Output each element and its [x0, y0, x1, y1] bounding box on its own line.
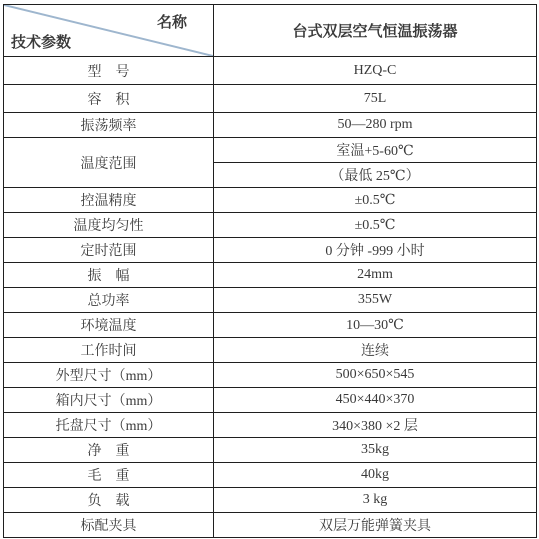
row-label-standard-fixture: 标配夹具: [4, 513, 214, 538]
table-row: 净 重 35kg: [4, 438, 537, 463]
row-value-volume: 75L: [214, 85, 537, 113]
row-label-working-time: 工作时间: [4, 338, 214, 363]
product-name-cell: 台式双层空气恒温振荡器: [214, 5, 537, 57]
row-label-amplitude: 振 幅: [4, 263, 214, 288]
spec-table: 名称 技术参数 台式双层空气恒温振荡器 型 号 HZQ-C 容 积 75L 振荡…: [3, 4, 537, 538]
row-label-temp-accuracy: 控温精度: [4, 188, 214, 213]
row-label-net-weight: 净 重: [4, 438, 214, 463]
row-label-load: 负 载: [4, 488, 214, 513]
row-value-temp-range-2: （最低 25℃）: [214, 163, 537, 188]
row-label-outer-size: 外型尺寸（mm）: [4, 363, 214, 388]
row-value-working-time: 连续: [214, 338, 537, 363]
row-value-total-power: 355W: [214, 288, 537, 313]
table-row: 总功率 355W: [4, 288, 537, 313]
row-value-load: 3 kg: [214, 488, 537, 513]
diagonal-header-cell: 名称 技术参数: [4, 5, 214, 57]
table-row: 温度范围 室温+5-60℃: [4, 138, 537, 163]
row-label-gross-weight: 毛 重: [4, 463, 214, 488]
row-value-frequency: 50—280 rpm: [214, 113, 537, 138]
table-row: 振 幅 24mm: [4, 263, 537, 288]
row-value-timer-range: 0 分钟 -999 小时: [214, 238, 537, 263]
table-row: 负 载 3 kg: [4, 488, 537, 513]
row-value-temp-range-1: 室温+5-60℃: [214, 138, 537, 163]
row-value-temp-uniformity: ±0.5℃: [214, 213, 537, 238]
row-label-ambient-temp: 环境温度: [4, 313, 214, 338]
row-value-standard-fixture: 双层万能弹簧夹具: [214, 513, 537, 538]
row-value-ambient-temp: 10—30℃: [214, 313, 537, 338]
table-header-row: 名称 技术参数 台式双层空气恒温振荡器: [4, 5, 537, 57]
header-params-label: 技术参数: [11, 31, 71, 52]
row-label-temp-range: 温度范围: [4, 138, 214, 188]
table-row: 工作时间 连续: [4, 338, 537, 363]
row-label-model: 型 号: [4, 57, 214, 85]
row-label-total-power: 总功率: [4, 288, 214, 313]
row-value-net-weight: 35kg: [214, 438, 537, 463]
row-value-inner-size: 450×440×370: [214, 388, 537, 413]
table-row: 定时范围 0 分钟 -999 小时: [4, 238, 537, 263]
row-value-temp-accuracy: ±0.5℃: [214, 188, 537, 213]
row-value-tray-size: 340×380 ×2 层: [214, 413, 537, 438]
row-label-inner-size: 箱内尺寸（mm）: [4, 388, 214, 413]
row-value-model: HZQ-C: [214, 57, 537, 85]
row-label-volume: 容 积: [4, 85, 214, 113]
header-name-label: 名称: [157, 11, 187, 32]
row-label-tray-size: 托盘尺寸（mm）: [4, 413, 214, 438]
table-row: 环境温度 10—30℃: [4, 313, 537, 338]
row-value-outer-size: 500×650×545: [214, 363, 537, 388]
row-value-amplitude: 24mm: [214, 263, 537, 288]
table-row: 控温精度 ±0.5℃: [4, 188, 537, 213]
row-label-frequency: 振荡频率: [4, 113, 214, 138]
row-label-temp-uniformity: 温度均匀性: [4, 213, 214, 238]
table-row: 外型尺寸（mm） 500×650×545: [4, 363, 537, 388]
row-value-gross-weight: 40kg: [214, 463, 537, 488]
table-row: 温度均匀性 ±0.5℃: [4, 213, 537, 238]
table-row: 振荡频率 50—280 rpm: [4, 113, 537, 138]
table-row: 毛 重 40kg: [4, 463, 537, 488]
table-row: 箱内尺寸（mm） 450×440×370: [4, 388, 537, 413]
table-row: 型 号 HZQ-C: [4, 57, 537, 85]
table-row: 标配夹具 双层万能弹簧夹具: [4, 513, 537, 538]
table-row: 托盘尺寸（mm） 340×380 ×2 层: [4, 413, 537, 438]
table-row: 容 积 75L: [4, 85, 537, 113]
row-label-timer-range: 定时范围: [4, 238, 214, 263]
